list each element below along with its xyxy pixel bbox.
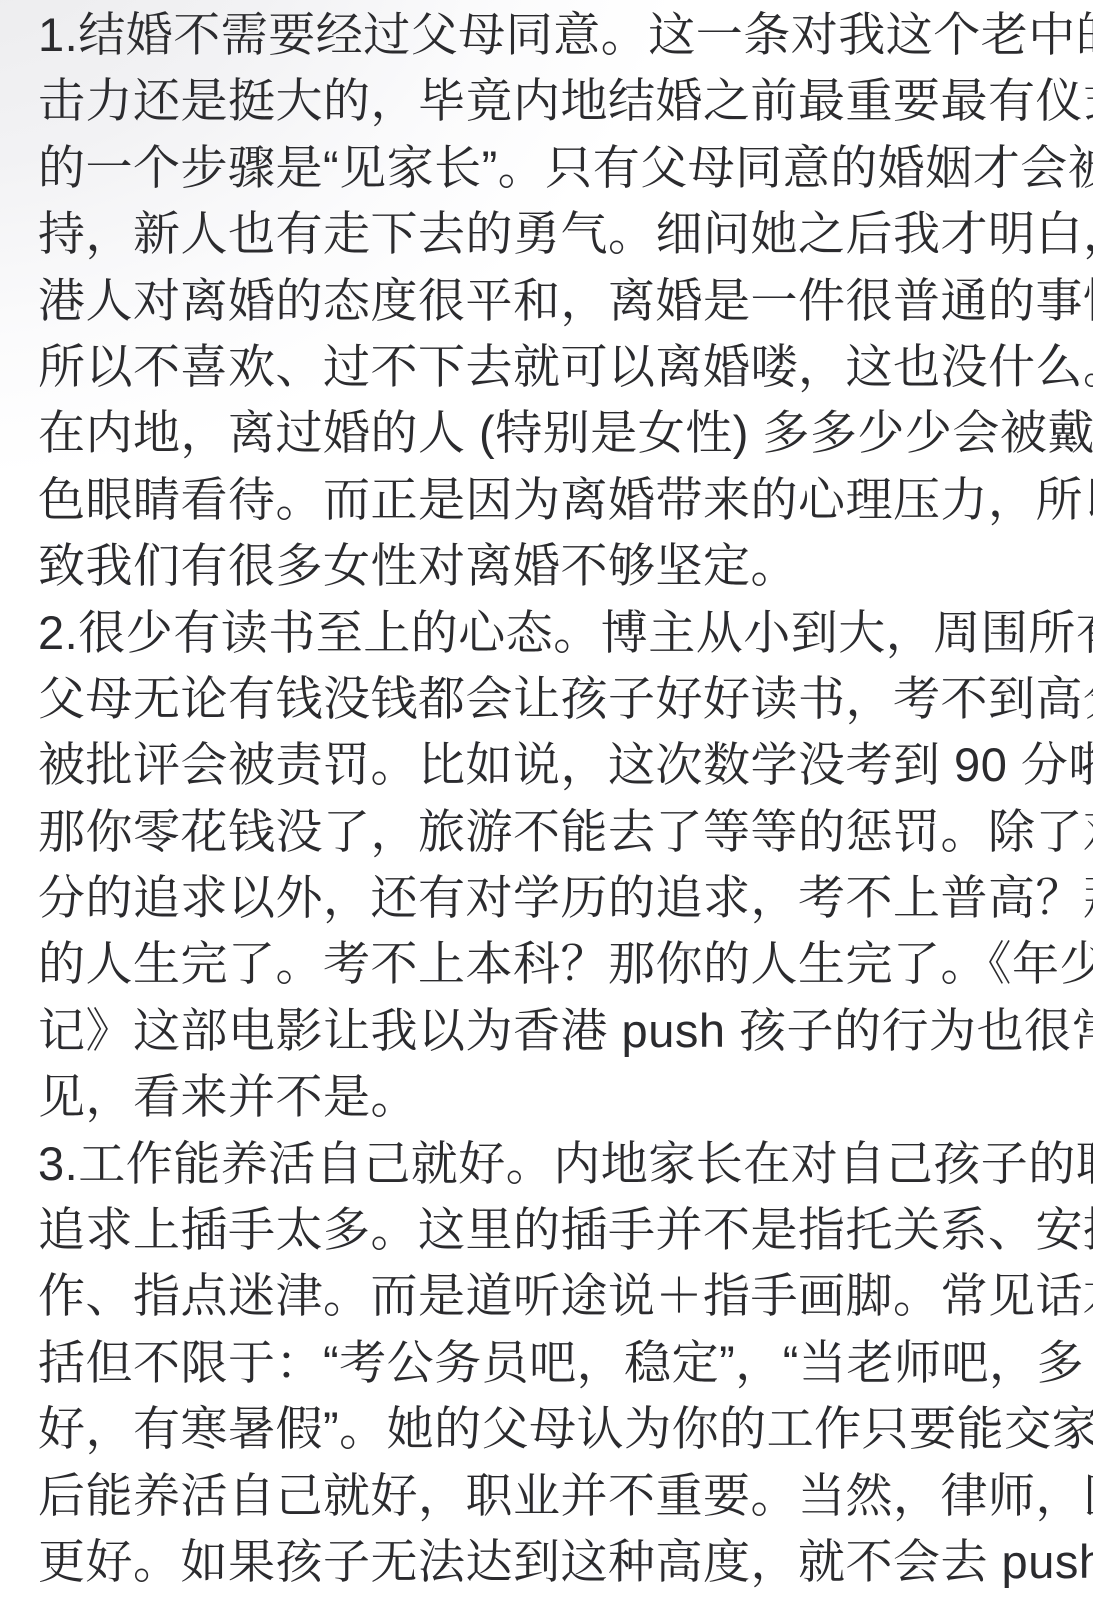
text-line: 2.很少有读书至上的心态。博主从小到大，周围所有的 (38, 600, 1063, 666)
text-line: 见，看来并不是。 (38, 1064, 1063, 1130)
text-line: 好，有寒暑假”。她的父母认为你的工作只要能交家用 (38, 1396, 1063, 1462)
text-line: 作、指点迷津。而是道听途说＋指手画脚。常见话术包 (38, 1263, 1063, 1329)
text-line: 持，新人也有走下去的勇气。细问她之后我才明白，香 (38, 201, 1063, 267)
text-line: 更好。如果孩子无法达到这种高度，就不会去 push 她。 (38, 1529, 1063, 1595)
text-line: 括但不限于：“考公务员吧，稳定”，“当老师吧，多 (38, 1330, 1063, 1396)
text-line: 的一个步骤是“见家长”。只有父母同意的婚姻才会被支 (38, 135, 1063, 201)
text-line: 3.工作能养活自己就好。内地家长在对自己孩子的职业 (38, 1131, 1063, 1197)
text-line: 色眼睛看待。而正是因为离婚带来的心理压力，所以导 (38, 467, 1063, 533)
text-line: 追求上插手太多。这里的插手并不是指托关系、安排工 (38, 1197, 1063, 1263)
paragraph-3: 3.工作能养活自己就好。内地家长在对自己孩子的职业追求上插手太多。这里的插手并不… (38, 1131, 1063, 1596)
text-line: 1.结婚不需要经过父母同意。这一条对我这个老中的冲 (38, 2, 1063, 68)
article-text: 1.结婚不需要经过父母同意。这一条对我这个老中的冲击力还是挺大的，毕竟内地结婚之… (0, 0, 1093, 1600)
text-line: 分的追求以外，还有对学历的追求，考不上普高？那你 (38, 865, 1063, 931)
text-line: 致我们有很多女性对离婚不够坚定。 (38, 533, 1063, 599)
text-line: 在内地，离过婚的人 (特别是女性) 多多少少会被戴有 (38, 400, 1063, 466)
text-line: 被批评会被责罚。比如说，这次数学没考到 90 分啦， (38, 732, 1063, 798)
text-line: 港人对离婚的态度很平和，离婚是一件很普通的事情， (38, 268, 1063, 334)
paragraph-2: 2.很少有读书至上的心态。博主从小到大，周围所有的父母无论有钱没钱都会让孩子好好… (38, 600, 1063, 1131)
text-line: 父母无论有钱没钱都会让孩子好好读书，考不到高分会 (38, 666, 1063, 732)
text-line: 的人生完了。考不上本科？那你的人生完了。《年少日 (38, 931, 1063, 997)
text-line: 所以不喜欢、过不下去就可以离婚喽，这也没什么。而 (38, 334, 1063, 400)
text-line: 记》这部电影让我以为香港 push 孩子的行为也很常 (38, 998, 1063, 1064)
text-line: 击力还是挺大的，毕竟内地结婚之前最重要最有仪式感 (38, 68, 1063, 134)
paragraph-1: 1.结婚不需要经过父母同意。这一条对我这个老中的冲击力还是挺大的，毕竟内地结婚之… (38, 2, 1063, 600)
text-line: 那你零花钱没了，旅游不能去了等等的惩罚。除了对高 (38, 799, 1063, 865)
text-line: 后能养活自己就好，职业并不重要。当然，律师，医生 (38, 1463, 1063, 1529)
